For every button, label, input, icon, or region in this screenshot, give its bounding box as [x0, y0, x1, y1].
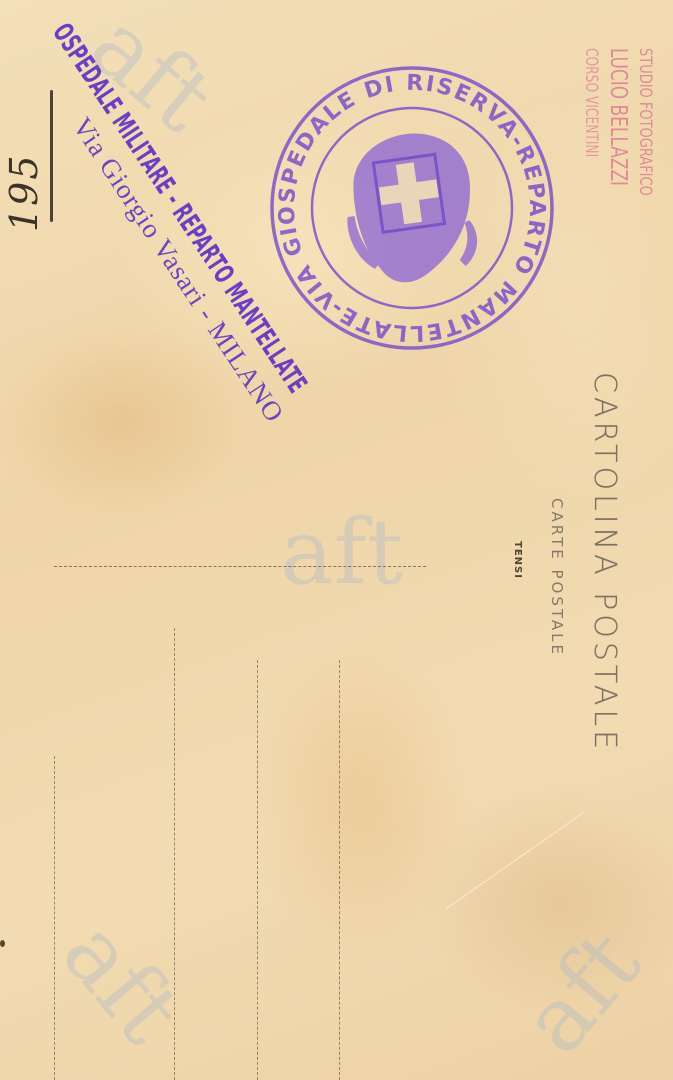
- publisher-mark: TENSI: [512, 541, 523, 579]
- printed-title: CARTOLINA POSTALE: [587, 372, 622, 753]
- seal-emblem-icon: OSPEDALE DI RISERVA-REPARTO MANTELLATE-V…: [243, 39, 582, 378]
- photographer-stamp-line3: CORSO VICENTINI: [581, 48, 601, 187]
- message-divider-line: [54, 566, 426, 567]
- photographer-stamp: STUDIO FOTOGRAFICO LUCIO BELLAZZI CORSO …: [581, 48, 655, 222]
- postcard-back: aft aft aft aft 195 OSPEDALE DI RISERVA-…: [0, 0, 673, 1080]
- watermark: aft: [502, 912, 662, 1074]
- printed-subtitle: CARTE POSTALE: [548, 498, 566, 657]
- photographer-stamp-line1: STUDIO FOTOGRAFICO: [635, 48, 655, 196]
- watermark: aft: [42, 902, 202, 1064]
- watermark: aft: [280, 500, 403, 605]
- handwritten-underline: [50, 90, 53, 222]
- address-line: [257, 660, 258, 1080]
- address-line: [339, 660, 340, 1080]
- circular-seal-stamp: OSPEDALE DI RISERVA-REPARTO MANTELLATE-V…: [243, 39, 582, 378]
- paper-crease: [445, 811, 585, 909]
- ink-spot: [0, 940, 5, 947]
- address-line: [174, 628, 175, 1080]
- handwritten-number: 195: [2, 153, 46, 232]
- photographer-stamp-line2: LUCIO BELLAZZI: [605, 48, 631, 191]
- address-line: [54, 756, 55, 1080]
